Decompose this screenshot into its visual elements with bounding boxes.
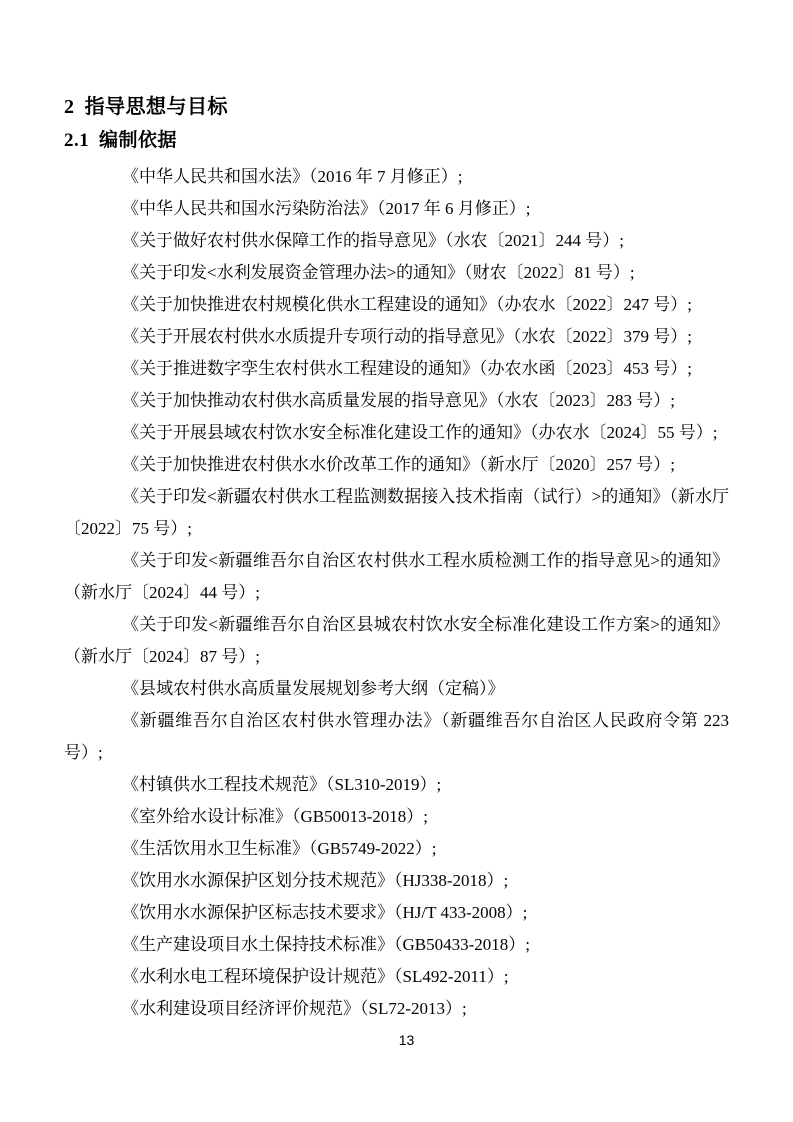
document-page: 2 指导思想与目标 2.1 编制依据 《中华人民共和国水法》（2016 年 7 … [0,0,793,1122]
reference-item: 《关于做好农村供水保障工作的指导意见》（水农〔2021〕244 号）; [64,225,729,257]
reference-item: 《关于印发<新疆维吾尔自治区县城农村饮水安全标准化建设工作方案>的通知》（新水厅… [64,609,729,673]
reference-item: 《水利建设项目经济评价规范》（SL72-2013）; [64,993,729,1025]
reference-item: 《饮用水水源保护区划分技术规范》（HJ338-2018）; [64,865,729,897]
reference-item: 《室外给水设计标准》（GB50013-2018）; [64,801,729,833]
section-title: 指导思想与目标 [85,96,229,118]
page-number: 13 [20,1032,793,1048]
subsection-number: 2.1 [64,130,93,151]
reference-item: 《关于印发<新疆农村供水工程监测数据接入技术指南（试行）>的通知》（新水厅〔20… [64,481,729,545]
reference-item: 《县域农村供水高质量发展规划参考大纲（定稿）》 [64,673,729,705]
reference-item: 《生活饮用水卫生标准》（GB5749-2022）; [64,833,729,865]
reference-item: 《新疆维吾尔自治区农村供水管理办法》（新疆维吾尔自治区人民政府令第 223 号）… [64,705,729,769]
reference-item: 《中华人民共和国水污染防治法》（2017 年 6 月修正）; [64,193,729,225]
reference-item: 《关于加快推动农村供水高质量发展的指导意见》（水农〔2023〕283 号）; [64,385,729,417]
reference-item: 《关于推进数字孪生农村供水工程建设的通知》（办农水函〔2023〕453 号）; [64,353,729,385]
reference-item: 《饮用水水源保护区标志技术要求》（HJ/T 433-2008）; [64,897,729,929]
reference-item: 《村镇供水工程技术规范》（SL310-2019）; [64,769,729,801]
reference-item: 《生产建设项目水土保持技术标准》（GB50433-2018）; [64,929,729,961]
subsection-title: 编制依据 [99,130,177,151]
reference-item: 《关于印发<新疆维吾尔自治区农村供水工程水质检测工作的指导意见>的通知》（新水厅… [64,545,729,609]
reference-item: 《关于加快推进农村供水水价改革工作的通知》（新水厅〔2020〕257 号）; [64,449,729,481]
reference-list: 《中华人民共和国水法》（2016 年 7 月修正）;《中华人民共和国水污染防治法… [64,161,729,1025]
subsection-heading: 2.1 编制依据 [64,126,729,156]
reference-item: 《水利水电工程环境保护设计规范》（SL492-2011）; [64,961,729,993]
reference-item: 《关于加快推进农村规模化供水工程建设的通知》（办农水〔2022〕247 号）; [64,289,729,321]
reference-item: 《关于印发<水利发展资金管理办法>的通知》（财农〔2022〕81 号）; [64,257,729,289]
section-heading: 2 指导思想与目标 [64,92,729,122]
reference-item: 《关于开展农村供水水质提升专项行动的指导意见》（水农〔2022〕379 号）; [64,321,729,353]
section-number: 2 [64,96,79,118]
reference-item: 《关于开展县域农村饮水安全标准化建设工作的通知》（办农水〔2024〕55 号）; [64,417,729,449]
reference-item: 《中华人民共和国水法》（2016 年 7 月修正）; [64,161,729,193]
